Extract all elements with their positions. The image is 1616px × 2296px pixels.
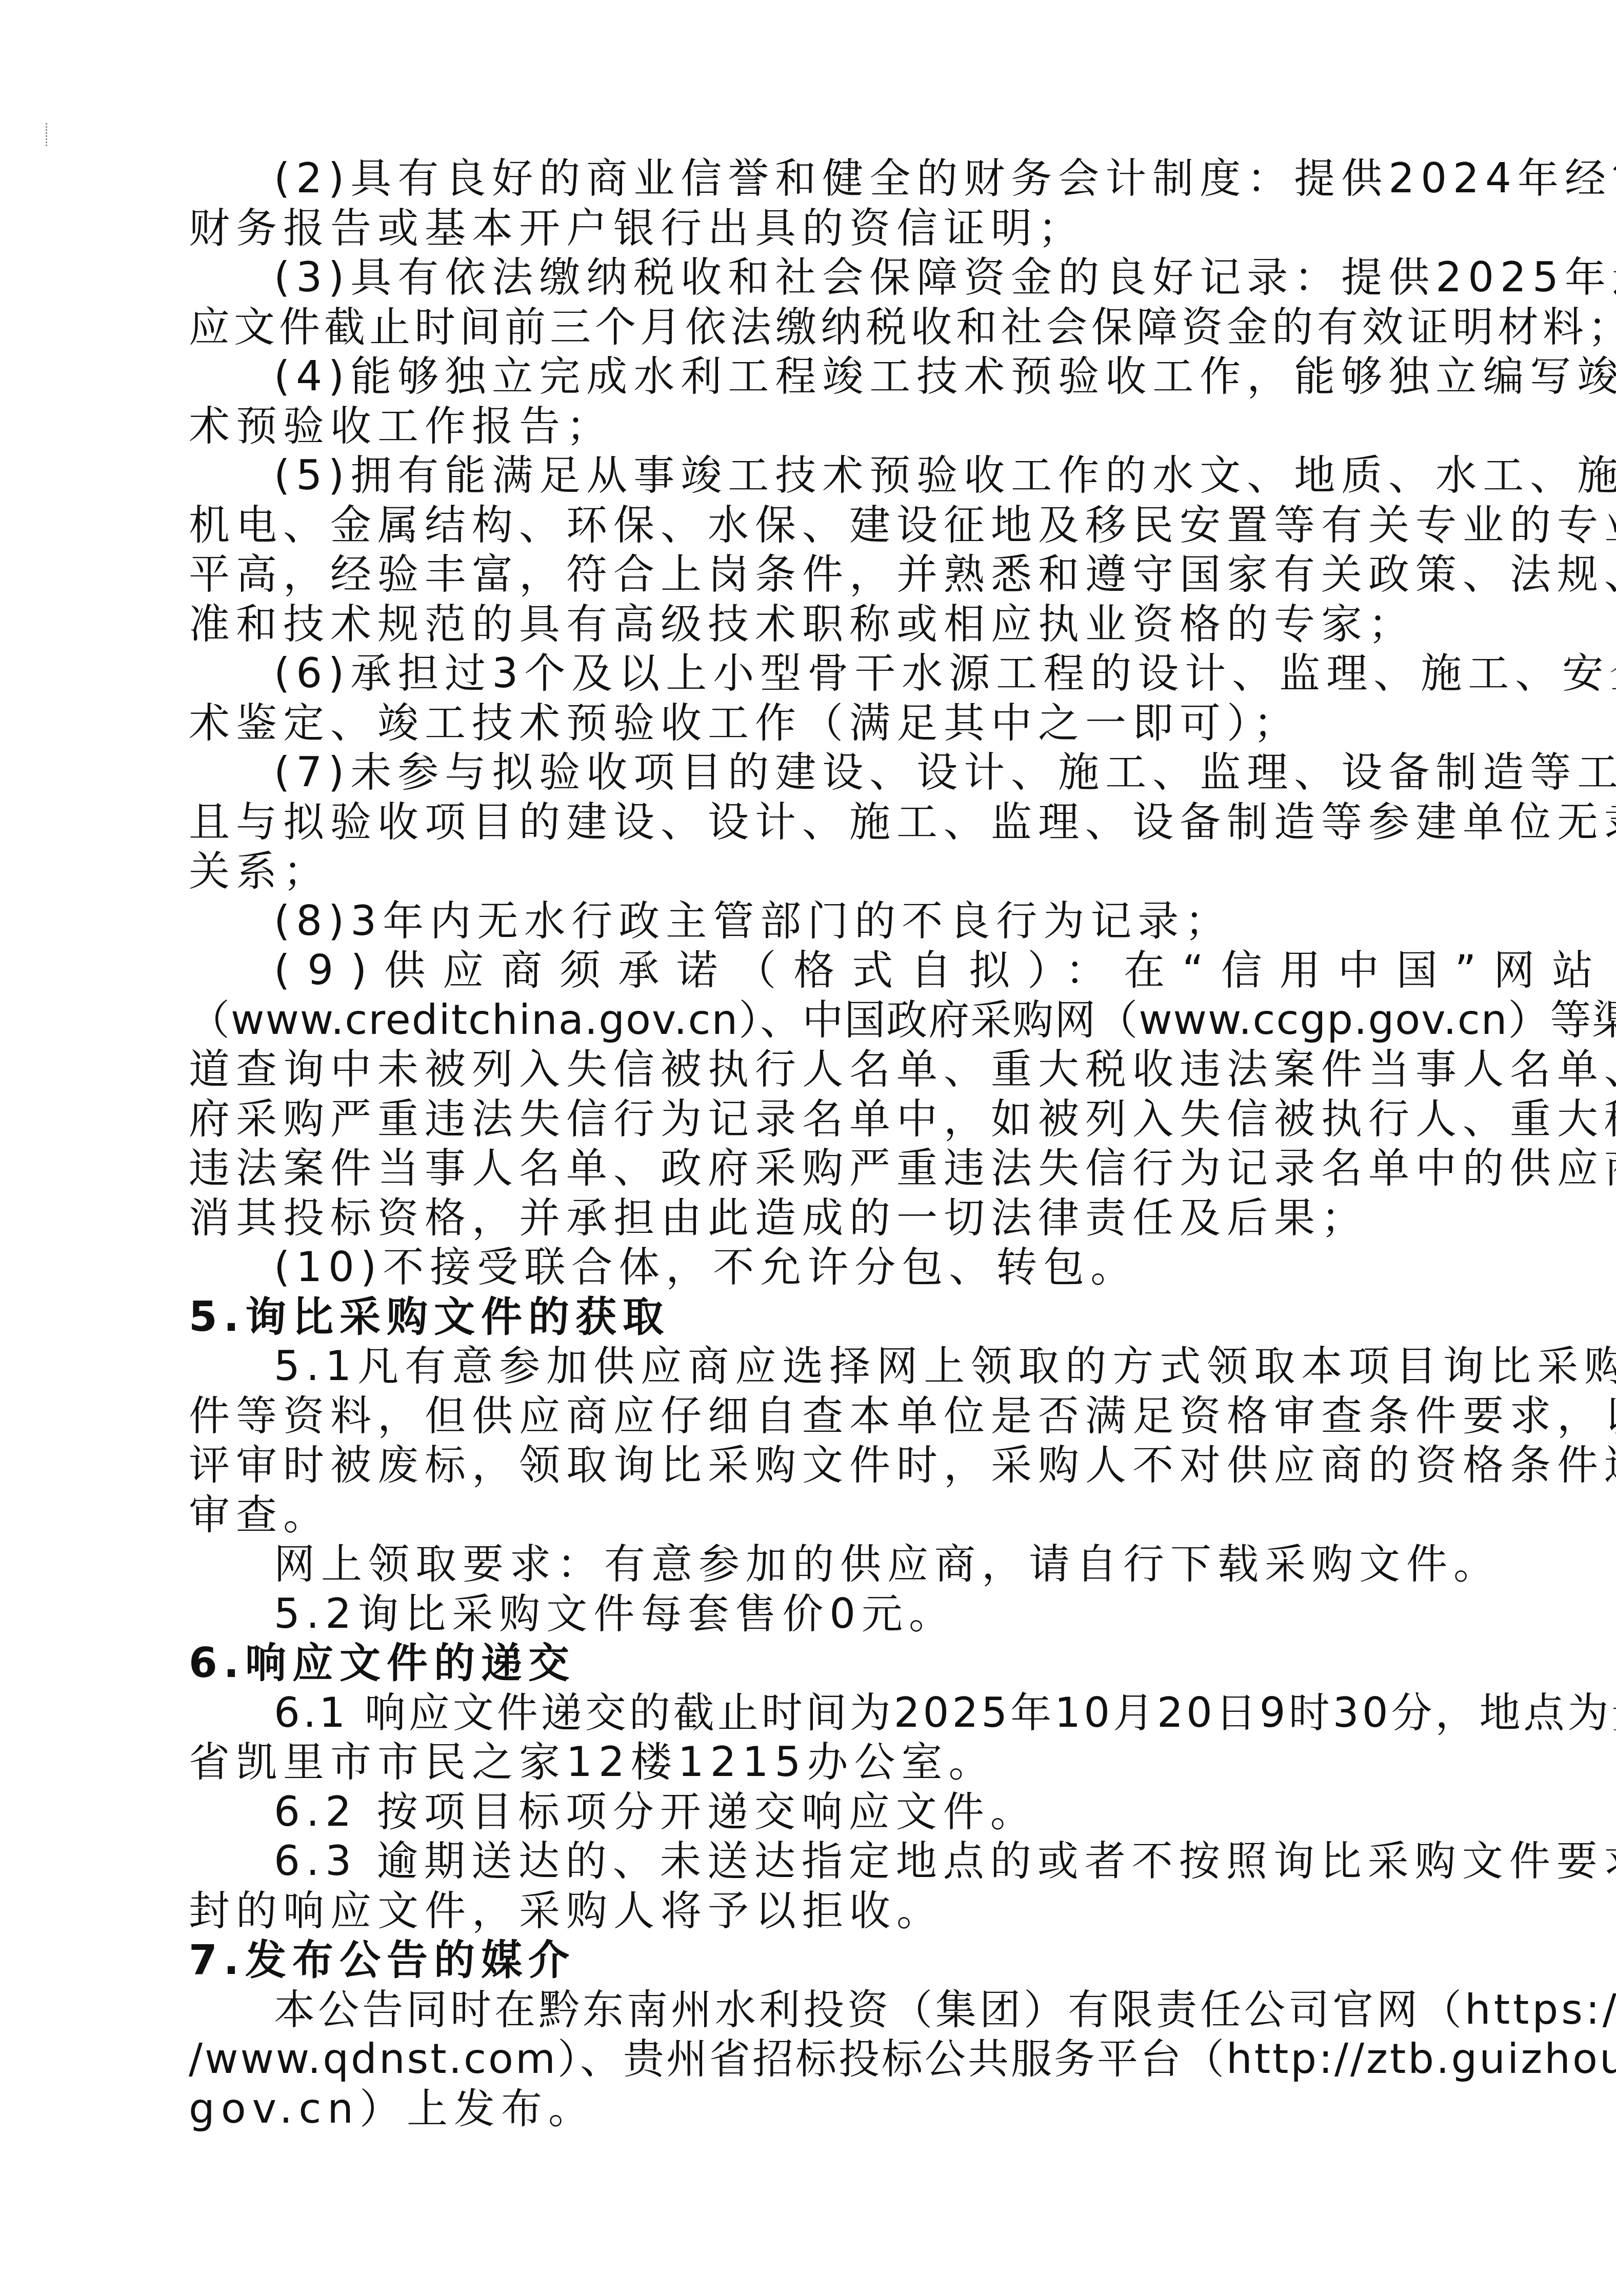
text-line: 道查询中未被列入失信被执行人名单、重大税收违法案件当事人名单、政	[189, 1045, 1435, 1094]
text-line: 平高，经验丰富，符合上岗条件，并熟悉和遵守国家有关政策、法规、标	[189, 550, 1435, 600]
text-line: 违法案件当事人名单、政府采购严重违法失信行为记录名单中的供应商取	[189, 1144, 1435, 1193]
requirement-item-5: (5)拥有能满足从事竣工技术预验收工作的水文、地质、水工、施工、 机电、金属结构…	[189, 451, 1435, 649]
text-line: 府采购严重违法失信行为记录名单中，如被列入失信被执行人、重大税收	[189, 1094, 1435, 1144]
text-line: 财务报告或基本开户银行出具的资信证明；	[189, 204, 1435, 253]
text-line: 术预验收工作报告；	[189, 402, 1435, 451]
scan-artifact-mark	[46, 123, 49, 146]
text-line: 6.3 逾期送达的、未送达指定地点的或者不按照询比采购文件要求密	[189, 1836, 1435, 1886]
requirement-item-2: (2)具有良好的商业信誉和健全的财务会计制度：提供2024年经审计的 财务报告或…	[189, 154, 1435, 253]
text-line: 件等资料，但供应商应仔细自查本单位是否满足资格审查条件要求，以免	[189, 1391, 1435, 1441]
text-line: 6.2 按项目标项分开递交响应文件。	[189, 1787, 1435, 1837]
text-line: (5)拥有能满足从事竣工技术预验收工作的水文、地质、水工、施工、	[189, 451, 1435, 501]
text-line: (4)能够独立完成水利工程竣工技术预验收工作，能够独立编写竣工技	[189, 352, 1435, 402]
section-heading: 6.响应文件的递交	[189, 1639, 1435, 1688]
text-line: (8)3年内无水行政主管部门的不良行为记录；	[189, 896, 1435, 946]
text-line: (7)未参与拟验收项目的建设、设计、施工、监理、设备制造等工作，	[189, 748, 1435, 797]
section-5: 5.询比采购文件的获取 5.1凡有意参加供应商应选择网上领取的方式领取本项目询比…	[189, 1292, 1435, 1639]
text-line: 术鉴定、竣工技术预验收工作（满足其中之一即可）；	[189, 698, 1435, 748]
text-line: (3)具有依法缴纳税收和社会保障资金的良好记录：提供2025年递交响	[189, 253, 1435, 303]
text-line: 5.2询比采购文件每套售价0元。	[189, 1589, 1435, 1639]
document-body: (2)具有良好的商业信誉和健全的财务会计制度：提供2024年经审计的 财务报告或…	[189, 154, 1435, 2133]
requirement-item-6: (6)承担过3个及以上小型骨干水源工程的设计、监理、施工、安全技 术鉴定、竣工技…	[189, 649, 1435, 748]
requirement-item-8: (8)3年内无水行政主管部门的不良行为记录；	[189, 896, 1435, 946]
requirement-item-9: (9)供应商须承诺（格式自拟）：在“信用中国”网站 （www.creditchi…	[189, 946, 1435, 1243]
text-line: 评审时被废标，领取询比采购文件时，采购人不对供应商的资格条件进行	[189, 1441, 1435, 1490]
text-line: (9)供应商须承诺（格式自拟）：在“信用中国”网站	[189, 946, 1435, 995]
text-line: 消其投标资格，并承担由此造成的一切法律责任及后果；	[189, 1193, 1435, 1243]
text-line: 省凯里市市民之家12楼1215办公室。	[189, 1738, 1435, 1787]
text-line: 5.1凡有意参加供应商应选择网上领取的方式领取本项目询比采购文	[189, 1342, 1435, 1391]
text-line: 且与拟验收项目的建设、设计、施工、监理、设备制造等参建单位无隶属	[189, 797, 1435, 847]
text-line: gov.cn）上发布。	[189, 2084, 1435, 2134]
text-line: 关系；	[189, 847, 1435, 896]
text-line: 应文件截止时间前三个月依法缴纳税收和社会保障资金的有效证明材料；	[189, 303, 1435, 352]
section-heading: 5.询比采购文件的获取	[189, 1292, 1435, 1342]
section-7: 7.发布公告的媒介 本公告同时在黔东南州水利投资（集团）有限责任公司官网（htt…	[189, 1935, 1435, 2133]
text-line: 审查。	[189, 1490, 1435, 1540]
text-line-with-link: 本公告同时在黔东南州水利投资（集团）有限责任公司官网（https:/	[189, 1985, 1435, 2035]
text-line: (10)不接受联合体，不允许分包、转包。	[189, 1243, 1435, 1292]
text-line: (2)具有良好的商业信誉和健全的财务会计制度：提供2024年经审计的	[189, 154, 1435, 204]
requirement-item-4: (4)能够独立完成水利工程竣工技术预验收工作，能够独立编写竣工技 术预验收工作报…	[189, 352, 1435, 451]
text-line: 准和技术规范的具有高级技术职称或相应执业资格的专家；	[189, 600, 1435, 649]
text-line-with-links: （www.creditchina.gov.cn）、中国政府采购网（www.ccg…	[189, 995, 1435, 1045]
requirement-item-3: (3)具有依法缴纳税收和社会保障资金的良好记录：提供2025年递交响 应文件截止…	[189, 253, 1435, 352]
text-line: 网上领取要求：有意参加的供应商，请自行下载采购文件。	[189, 1540, 1435, 1589]
document-page: (2)具有良好的商业信誉和健全的财务会计制度：提供2024年经审计的 财务报告或…	[0, 0, 1616, 2296]
section-heading: 7.发布公告的媒介	[189, 1935, 1435, 1985]
requirement-item-10: (10)不接受联合体，不允许分包、转包。	[189, 1243, 1435, 1292]
text-line: 封的响应文件，采购人将予以拒收。	[189, 1886, 1435, 1936]
text-line: (6)承担过3个及以上小型骨干水源工程的设计、监理、施工、安全技	[189, 649, 1435, 698]
requirement-item-7: (7)未参与拟验收项目的建设、设计、施工、监理、设备制造等工作， 且与拟验收项目…	[189, 748, 1435, 896]
section-6: 6.响应文件的递交 6.1 响应文件递交的截止时间为2025年10月20日9时3…	[189, 1639, 1435, 1935]
text-line-with-links: /www.qdnst.com）、贵州省招标投标公共服务平台（http://ztb…	[189, 2034, 1435, 2084]
text-line: 机电、金属结构、环保、水保、建设征地及移民安置等有关专业的专业水	[189, 501, 1435, 550]
text-line: 6.1 响应文件递交的截止时间为2025年10月20日9时30分，地点为贵州	[189, 1688, 1435, 1738]
